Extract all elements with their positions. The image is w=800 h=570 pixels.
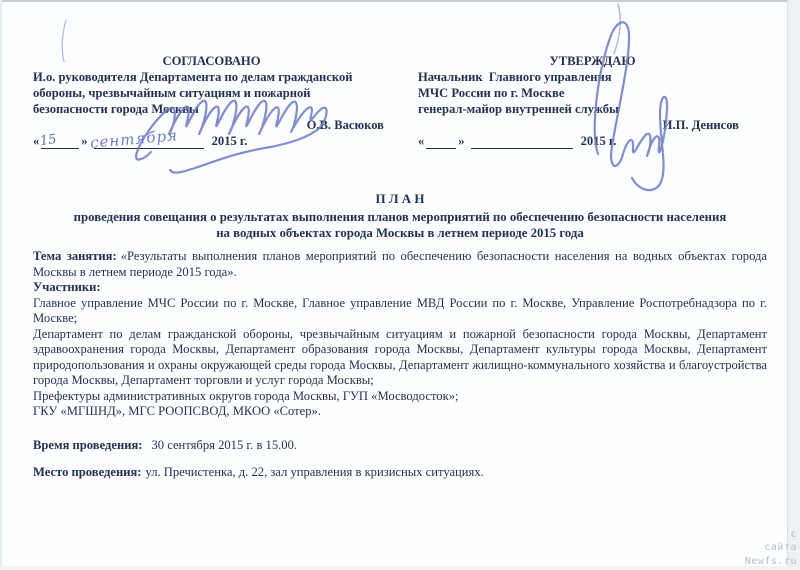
participant-paragraph: Департамент по делам гражданской обороны…: [33, 327, 767, 389]
watermark-line: сайта: [745, 541, 797, 555]
place-text: ул. Пречистенка, д. 22, зал управления в…: [145, 465, 483, 479]
topic-label: Тема занятия:: [33, 249, 117, 263]
watermark: с сайта Newfs.ru: [745, 528, 797, 569]
scan-edge-left: [0, 0, 2, 570]
scanned-document-page: СОГЛАСОВАНО И.о. руководителя Департамен…: [0, 0, 800, 570]
time-label: Время проведения:: [33, 438, 142, 452]
stray-pen-mark: [58, 18, 72, 64]
place-label: Место проведения:: [33, 465, 141, 479]
time-paragraph: Время проведения:30 сентября 2015 г. в 1…: [33, 438, 767, 454]
date-quote-close: »: [458, 133, 464, 149]
document-title: П Л А Н: [33, 191, 767, 206]
watermark-line: Newfs.ru: [745, 555, 797, 569]
participant-paragraph: Главное управление МЧС России по г. Моск…: [33, 296, 767, 327]
participant-paragraph: ГКУ «МГШНД», МГС РООПСВОД, МКОО «Сотер».: [33, 404, 767, 420]
participant-paragraph: Префектуры административных округов горо…: [33, 389, 767, 405]
watermark-line: с: [745, 528, 797, 542]
day-underline: [426, 135, 456, 149]
scan-edge-right: [788, 0, 800, 570]
time-text: 30 сентября 2015 г. в 15.00.: [151, 438, 297, 452]
signature-vasyukov: [55, 82, 355, 182]
place-paragraph: Место проведения:ул. Пречистенка, д. 22,…: [33, 465, 767, 481]
title-subtitle-line-2: на водных объектах города Москвы в летне…: [33, 226, 767, 242]
scan-edge-bottom: [0, 566, 800, 570]
signature-denisov: [548, 2, 683, 197]
approval-left-header: СОГЛАСОВАНО: [33, 53, 390, 69]
participants-label: Участники:: [33, 280, 767, 296]
topic-text: «Результаты выполнения планов мероприяти…: [33, 249, 767, 279]
document-title-block: П Л А Н проведения совещания о результат…: [33, 191, 767, 241]
date-quote-open: «: [418, 133, 424, 149]
title-subtitle-line-1: проведения совещания о результатах выпол…: [33, 210, 767, 226]
topic-paragraph: Тема занятия:«Результаты выполнения план…: [33, 249, 767, 280]
document-body: Тема занятия:«Результаты выполнения план…: [33, 249, 767, 481]
